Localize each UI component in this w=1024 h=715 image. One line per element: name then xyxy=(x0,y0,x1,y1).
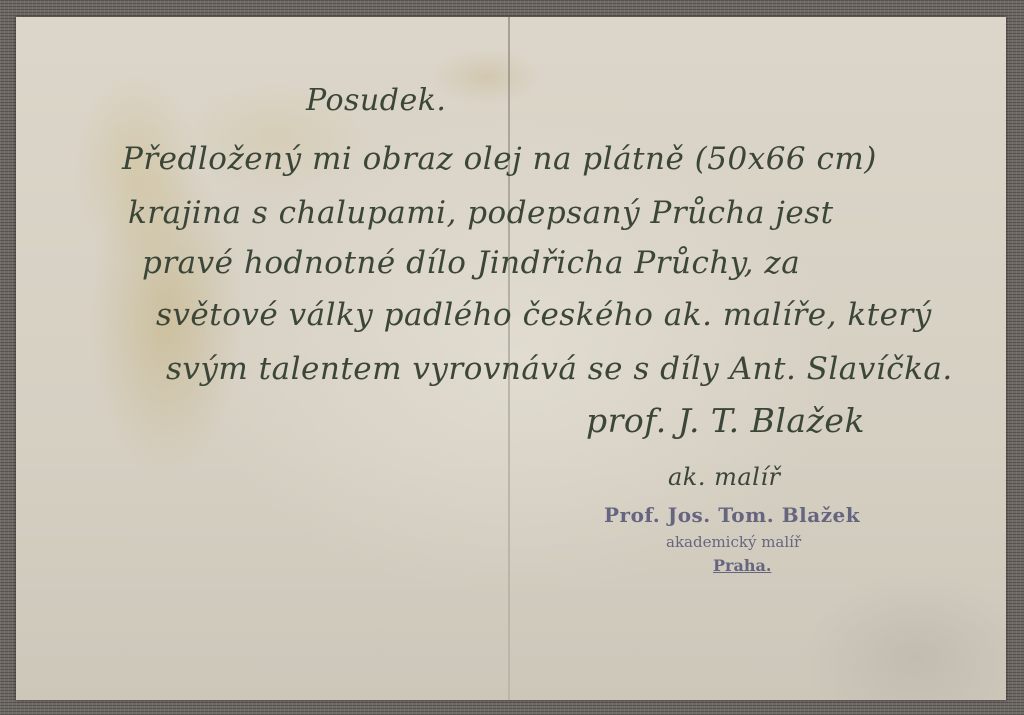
body-line: pravé hodnotné dílo Jindřicha Průchy, za xyxy=(142,245,800,281)
body-line: svým talentem vyrovnává se s díly Ant. S… xyxy=(166,351,953,387)
signature-title: ak. malíř xyxy=(668,463,781,491)
body-line: Předložený mi obraz olej na plátně (50x6… xyxy=(122,141,877,177)
handwritten-signature: prof. J. T. Blažek xyxy=(586,401,865,440)
body-line: krajina s chalupami, podepsaný Průcha je… xyxy=(128,195,834,231)
stamp-city: Praha. xyxy=(713,556,771,575)
document-sheet: Posudek. Předložený mi obraz olej na plá… xyxy=(16,17,1006,700)
stamp-name: Prof. Jos. Tom. Blažek xyxy=(604,503,860,527)
document-title: Posudek. xyxy=(306,83,446,118)
body-line: světové války padlého českého ak. malíře… xyxy=(156,297,932,333)
stamp-role: akademický malíř xyxy=(666,533,801,551)
